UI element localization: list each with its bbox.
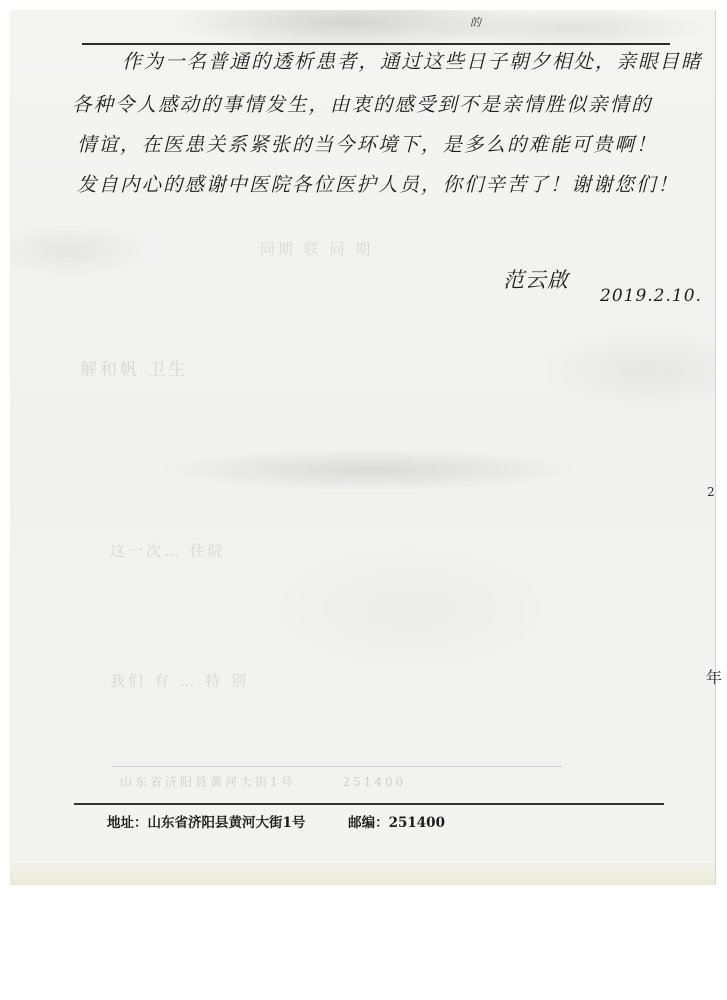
margin-mark: 年 xyxy=(706,665,722,688)
letter-line-1: 作为一名普通的透析患者，通过这些日子朝夕相处，亲眼目睹 xyxy=(122,46,703,74)
margin-mark: 2 xyxy=(707,485,715,499)
bleed-through-text: 我们 有 … 特 别 xyxy=(110,670,249,691)
letter-page: 的 作为一名普通的透析患者，通过这些日子朝夕相处，亲眼目睹 各种令人感动的事情发… xyxy=(10,10,716,885)
address: 山东省济阳县黄河大街1号 xyxy=(148,815,306,831)
postcode: 251400 xyxy=(389,815,445,831)
bleed-through-footer: 山东省济阳县黄河大街1号 251400 xyxy=(120,773,406,790)
signature-date: 2019.2.10. xyxy=(600,286,702,306)
signature: 范云啟 xyxy=(503,264,569,294)
letterhead-top-rule xyxy=(82,43,670,45)
insertion-mark: 的 xyxy=(470,14,481,30)
letterhead-bottom-rule xyxy=(74,803,664,805)
postcode-label: 邮编： xyxy=(348,815,389,831)
page-bottom-edge xyxy=(10,863,715,885)
bleed-through-rule xyxy=(112,766,562,767)
letter-line-4: 发自内心的感谢中医院各位医护人员，你们辛苦了！谢谢您们！ xyxy=(77,169,679,197)
letter-line-2: 各种令人感动的事情发生，由衷的感受到不是亲情胜似亲情的 xyxy=(72,89,653,117)
letter-line-3: 情谊，在医患关系紧张的当今环境下，是多么的难能可贵啊！ xyxy=(77,129,658,157)
bleed-through-text: 同期 联 同 期 xyxy=(260,238,373,259)
bleed-through-text: 解和帆 卫生 xyxy=(80,355,188,380)
letterhead-footer: 地址：山东省济阳县黄河大街1号 邮编：251400 xyxy=(107,811,445,831)
bleed-through-text: 这一次… 住院 xyxy=(110,540,226,561)
address-label: 地址： xyxy=(107,815,148,831)
